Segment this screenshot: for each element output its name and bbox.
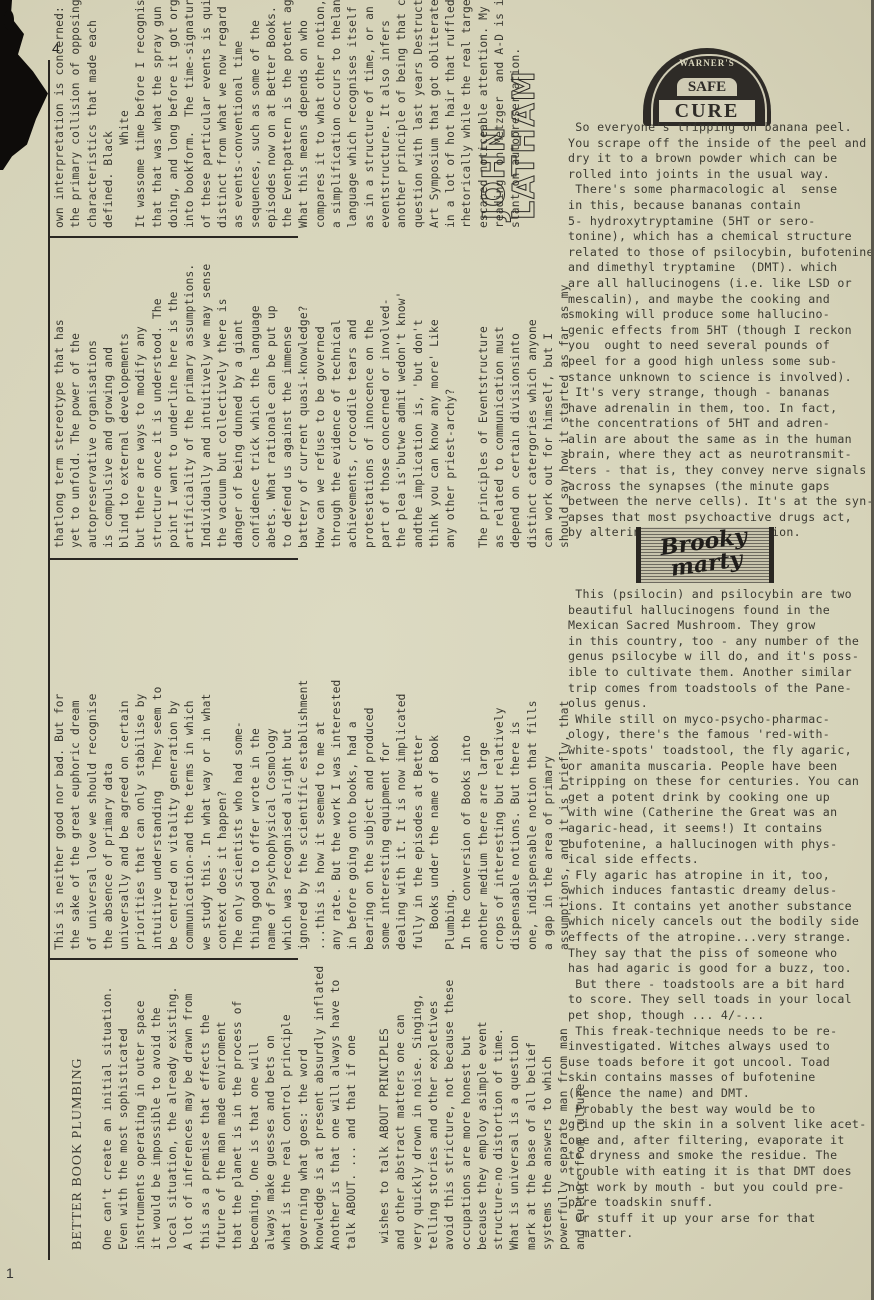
signature-last: LATHAM [510,69,540,220]
top-rule [48,60,50,1260]
article-column-2: This is neither good nor bad. But for th… [52,680,574,950]
rotated-article: BETTER BOOK PLUMBING One can't create an… [40,50,560,1290]
brooky-marty-clipping: Brooky marty [636,527,774,583]
article-body-bottom: This (psilocin) and psilocybin are two b… [568,587,858,1242]
logo-cure: CURE [659,100,755,122]
article-body-top: So everyone's tripping on banana peel. Y… [568,120,858,541]
author-signature: JOHN LATHAM [480,69,540,220]
article-column-4: own interpretation is concerned: the pri… [52,0,525,228]
safe-cure-logo: WARNER'S SAFE CURE [643,48,771,126]
newspaper-page: 4 1 BETTER BOOK PLUMBING One can't creat… [0,0,874,1300]
torn-spot [4,10,14,30]
clipping-text: Brooky marty [639,522,772,583]
article-column-3: thatlong term stereotype that has yet to… [52,264,574,548]
edge-mark: 1 [6,1265,14,1281]
article-title: BETTER BOOK PLUMBING [70,1057,86,1250]
column-rule [48,236,298,238]
article-column-1: One can't create an initial situation. E… [100,966,589,1250]
logo-safe: SAFE [677,78,737,96]
logo-top-text: WARNER'S [643,58,771,68]
banana-article: WARNER'S SAFE CURE So everyone's trippin… [568,40,864,1300]
column-rule [48,558,298,560]
column-rule [48,958,298,960]
signature-first: JOHN [480,69,510,220]
